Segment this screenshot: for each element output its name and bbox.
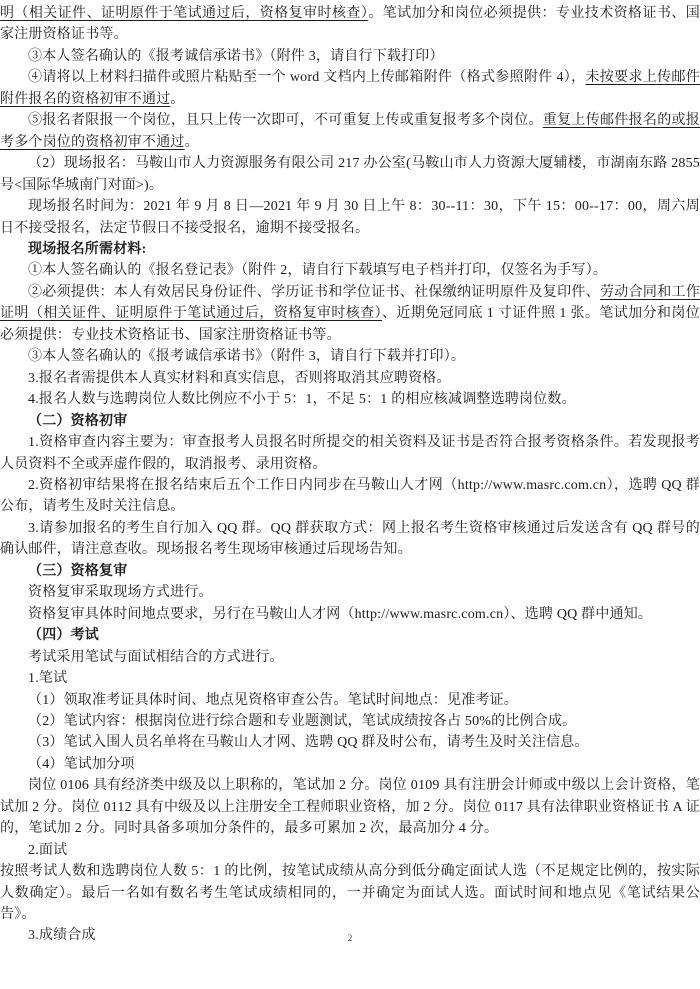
text-run: ③本人签名确认的《报考诚信承诺书》（附件 3，请自行下载打印） <box>28 49 444 64</box>
text-run: 按照考试人数和选聘岗位人数 5：1 的比例，按笔试成绩从高分到低分确定面试人选（… <box>0 864 700 922</box>
paragraph: 1.笔试 <box>0 668 700 689</box>
text-run: 2.资格初审结果将在报名结束后五个工作日内同步在马鞍山人才网（http://ww… <box>0 478 700 514</box>
paragraph: 按照考试人数和选聘岗位人数 5：1 的比例，按笔试成绩从高分到低分确定面试人选（… <box>0 861 700 925</box>
text-run: 。 <box>185 135 199 150</box>
paragraph: 岗位 0106 具有经济类中级及以上职称的，笔试加 2 分。岗位 0109 具有… <box>0 775 700 839</box>
text-run: 资格复审具体时间地点要求，另行在马鞍山人才网（http://www.masrc.… <box>28 607 652 622</box>
text-run: 1.资格审查内容主要为：审查报考人员报名时所提交的相关资料及证书是否符合报考资格… <box>0 435 700 471</box>
text-run: 现场报名时间为：2021 年 9 月 8 日—2021 年 9 月 30 日上午… <box>0 199 700 235</box>
text-run: ⑤报名者限报一个岗位，且只上传一次即可，不可重复上传或重复报考多个岗位。 <box>28 113 543 128</box>
text-run: ③本人签名确认的《报考诚信承诺书》（附件 3，请自行下载并打印）。 <box>28 349 465 364</box>
text-run: 考试采用笔试与面试相结合的方式进行。 <box>28 650 284 665</box>
paragraph: 考试采用笔试与面试相结合的方式进行。 <box>0 647 700 668</box>
text-run: 1.笔试 <box>28 671 67 686</box>
underlined-text: 明（相关证件、证明原件于笔试通过后，资格复审时核查） <box>0 6 368 21</box>
text-run: 3.请参加报名的考生自行加入 QQ 群。QQ 群获取方式：网上报名考生资格审核通… <box>0 521 700 557</box>
paragraph: ②必须提供：本人有效居民身份证件、学历证书和学位证书、社保缴纳证明原件及复印件、… <box>0 282 700 346</box>
text-run: （2）笔试内容：根据岗位进行综合题和专业题测试，笔试成绩按各占 50%的比例合成… <box>28 714 576 729</box>
paragraph: （2）现场报名：马鞍山市人力资源服务有限公司 217 办公室(马鞍山市人力资源大… <box>0 153 700 196</box>
heading-paragraph: （三）资格复审 <box>0 561 700 582</box>
paragraph: （4）笔试加分项 <box>0 754 700 775</box>
heading-paragraph: （四）考试 <box>0 625 700 646</box>
text-run: ④请将以上材料扫描件或照片粘贴至一个 word 文档内上传邮箱附件（格式参照附件… <box>28 70 585 85</box>
paragraph: ⑤报名者限报一个岗位，且只上传一次即可，不可重复上传或重复报考多个岗位。重复上传… <box>0 110 700 153</box>
document-body: 明（相关证件、证明原件于笔试通过后，资格复审时核查）。笔试加分和岗位必须提供：专… <box>0 0 700 947</box>
paragraph: （1）领取准考证具体时间、地点见资格审查公告。笔试时间地点：见准考证。 <box>0 690 700 711</box>
text-run: 4.报名人数与选聘岗位人数比例应不小于 5：1，不足 5：1 的相应核减调整选聘… <box>28 392 576 407</box>
text-run: （1）领取准考证具体时间、地点见资格审查公告。笔试时间地点：见准考证。 <box>28 693 518 708</box>
paragraph: 1.资格审查内容主要为：审查报考人员报名时所提交的相关资料及证书是否符合报考资格… <box>0 432 700 475</box>
paragraph: 资格复审采取现场方式进行。 <box>0 582 700 603</box>
paragraph: 4.报名人数与选聘岗位人数比例应不小于 5：1，不足 5：1 的相应核减调整选聘… <box>0 389 700 410</box>
text-run: （四）考试 <box>28 628 99 643</box>
paragraph: （2）笔试内容：根据岗位进行综合题和专业题测试，笔试成绩按各占 50%的比例合成… <box>0 711 700 732</box>
text-run: 资格复审采取现场方式进行。 <box>28 585 213 600</box>
paragraph: 3.请参加报名的考生自行加入 QQ 群。QQ 群获取方式：网上报名考生资格审核通… <box>0 518 700 561</box>
text-run: 2.面试 <box>28 843 67 858</box>
page-number: 2 <box>0 933 700 943</box>
paragraph: ①本人签名确认的《报名登记表》（附件 2，请自行下载填写电子档并打印，仅签名为手… <box>0 260 700 281</box>
paragraph: ③本人签名确认的《报考诚信承诺书》（附件 3，请自行下载打印） <box>0 46 700 67</box>
paragraph: 明（相关证件、证明原件于笔试通过后，资格复审时核查）。笔试加分和岗位必须提供：专… <box>0 3 700 46</box>
document-page: 明（相关证件、证明原件于笔试通过后，资格复审时核查）。笔试加分和岗位必须提供：专… <box>0 0 700 989</box>
text-run: （二）资格初审 <box>28 414 127 429</box>
text-run: 岗位 0106 具有经济类中级及以上职称的，笔试加 2 分。岗位 0109 具有… <box>0 778 700 836</box>
text-run: ①本人签名确认的《报名登记表》（附件 2，请自行下载填写电子档并打印，仅签名为手… <box>28 263 607 278</box>
paragraph: 3.报名者需提供本人真实材料和真实信息，否则将取消其应聘资格。 <box>0 368 700 389</box>
text-run: ②必须提供：本人有效居民身份证件、学历证书和学位证书、社保缴纳证明原件及复印件、 <box>28 285 600 300</box>
heading-paragraph: 现场报名所需材料: <box>0 239 700 260</box>
paragraph: 资格复审具体时间地点要求，另行在马鞍山人才网（http://www.masrc.… <box>0 604 700 625</box>
paragraph: 2.面试 <box>0 840 700 861</box>
paragraph: ④请将以上材料扫描件或照片粘贴至一个 word 文档内上传邮箱附件（格式参照附件… <box>0 67 700 110</box>
paragraph: 现场报名时间为：2021 年 9 月 8 日—2021 年 9 月 30 日上午… <box>0 196 700 239</box>
paragraph: ③本人签名确认的《报考诚信承诺书》（附件 3，请自行下载并打印）。 <box>0 346 700 367</box>
text-run: （4）笔试加分项 <box>28 757 135 772</box>
text-run: 现场报名所需材料: <box>28 242 146 257</box>
text-run: （3）笔试入围人员名单将在马鞍山人才网、选聘 QQ 群及时公布，请考生及时关注信… <box>28 735 589 750</box>
text-run: （三）资格复审 <box>28 564 127 579</box>
text-run: 3.报名者需提供本人真实材料和真实信息，否则将取消其应聘资格。 <box>28 371 451 386</box>
paragraph: 2.资格初审结果将在报名结束后五个工作日内同步在马鞍山人才网（http://ww… <box>0 475 700 518</box>
text-run: （2）现场报名：马鞍山市人力资源服务有限公司 217 办公室(马鞍山市人力资源大… <box>0 156 700 192</box>
paragraph: （3）笔试入围人员名单将在马鞍山人才网、选聘 QQ 群及时公布，请考生及时关注信… <box>0 732 700 753</box>
heading-paragraph: （二）资格初审 <box>0 411 700 432</box>
text-run: 。 <box>170 92 184 107</box>
